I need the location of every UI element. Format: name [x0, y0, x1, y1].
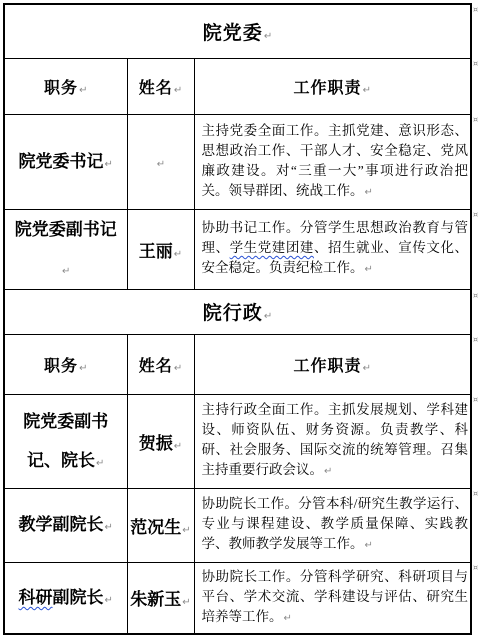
- pilcrow-mark: ↵: [324, 466, 332, 477]
- pilcrow-mark: ↵: [363, 85, 371, 96]
- name-text: 王丽: [139, 242, 173, 261]
- table-row: 院党委副书记、院长↵ 贺振↵ 主持行政全面工作。主抓发展规划、学科建设、师资队伍…: [4, 394, 471, 488]
- pilcrow-mark: ↵: [62, 266, 70, 277]
- pilcrow-mark: ↵: [174, 249, 182, 260]
- pilcrow-mark: ↵: [174, 441, 182, 452]
- duties-cell: 协助院长工作。分管本科/研究生教学运行、专业与课程建设、教学质量保障、实践教学、…: [194, 488, 471, 562]
- position-cell: 院党委副书记、院长↵: [4, 394, 127, 488]
- header-duties: 工作职责: [294, 358, 362, 375]
- row-end-mark: ¤: [473, 396, 478, 404]
- duties-text: 协助院长工作。分管本科/研究生教学运行、专业与课程建设、教学质量保障、实践教学、…: [202, 496, 469, 551]
- position-cell: 科研副院长↵: [4, 562, 127, 634]
- duties-text: 主持党委全面工作。主抓党建、意识形态、思想政治工作、干部人才、安全稳定、党风廉政…: [202, 123, 469, 198]
- row-end-mark: ¤: [473, 292, 478, 300]
- pilcrow-mark: ↵: [79, 363, 87, 374]
- row-end-mark: ¤: [473, 336, 478, 344]
- name-cell: 范况生↵: [127, 488, 194, 562]
- section1-title-cell: 院党委↵: [4, 4, 471, 58]
- row-end-mark: ¤: [473, 490, 478, 498]
- pilcrow-mark: ↵: [182, 597, 190, 608]
- spellcheck-underlined-text: 科研: [19, 588, 53, 607]
- section2-header-position-cell: 职务↵: [4, 334, 127, 394]
- org-table: 院党委↵ 职务↵ 姓名↵ 工作职责↵ 院党委书记↵ ↵ 主持党委全面工作。主抓党…: [3, 3, 472, 635]
- section1-title-row: 院党委↵: [4, 4, 471, 58]
- section2-header-duties-cell: 工作职责↵: [194, 334, 471, 394]
- pilcrow-mark: ↵: [105, 522, 113, 533]
- pilcrow-mark: ↵: [264, 31, 272, 42]
- section1-title: 院党委: [203, 23, 263, 44]
- name-text: 范况生: [130, 518, 181, 537]
- row-end-mark: ¤: [473, 6, 478, 14]
- section1-header-name-cell: 姓名↵: [127, 58, 194, 114]
- pilcrow-mark: ↵: [96, 458, 104, 469]
- header-duties: 工作职责: [294, 80, 362, 97]
- section2-title-row: 院行政↵: [4, 289, 471, 334]
- pilcrow-mark: ↵: [105, 595, 113, 606]
- header-position: 职务: [44, 358, 78, 375]
- row-end-mark: ¤: [473, 564, 478, 572]
- duties-cell: 协助院长工作。分管科学研究、科研项目与平台、学术交流、学科建设与评估、研究生培养…: [194, 562, 471, 634]
- section1-header-row: 职务↵ 姓名↵ 工作职责↵: [4, 58, 471, 114]
- name-text: 贺振: [139, 434, 173, 453]
- name-cell: ↵: [127, 114, 194, 209]
- pilcrow-mark: ↵: [105, 159, 113, 170]
- pilcrow-mark: ↵: [365, 540, 373, 551]
- pilcrow-mark: ↵: [365, 187, 373, 198]
- name-cell: 朱新玉↵: [127, 562, 194, 634]
- pilcrow-mark: ↵: [284, 613, 292, 624]
- section2-title-cell: 院行政↵: [4, 289, 471, 334]
- document-page: 院党委↵ 职务↵ 姓名↵ 工作职责↵ 院党委书记↵ ↵ 主持党委全面工作。主抓党…: [0, 0, 491, 636]
- row-end-mark: ¤: [473, 116, 478, 124]
- position-cell: 院党委书记↵: [4, 114, 127, 209]
- duties-text: 协助院长工作。分管科学研究、科研项目与平台、学术交流、学科建设与评估、研究生培养…: [202, 569, 469, 624]
- name-text: 朱新玉: [130, 590, 181, 609]
- table-row: 教学副院长↵ 范况生↵ 协助院长工作。分管本科/研究生教学运行、专业与课程建设、…: [4, 488, 471, 562]
- table-row: 院党委书记↵ ↵ 主持党委全面工作。主抓党建、意识形态、思想政治工作、干部人才、…: [4, 114, 471, 209]
- section1-header-position-cell: 职务↵: [4, 58, 127, 114]
- pilcrow-mark: ↵: [79, 85, 87, 96]
- duties-cell: 主持党委全面工作。主抓党建、意识形态、思想政治工作、干部人才、安全稳定、党风廉政…: [194, 114, 471, 209]
- pilcrow-mark: ↵: [157, 159, 165, 170]
- row-end-mark: ¤: [473, 211, 478, 219]
- section2-title: 院行政: [203, 303, 263, 324]
- section2-header-row: 职务↵ 姓名↵ 工作职责↵: [4, 334, 471, 394]
- position-text: 副院长: [53, 588, 104, 607]
- pilcrow-mark: ↵: [174, 363, 182, 374]
- duties-cell: 协助书记工作。分管学生思想政治教育与管理、学生党建团建、招生就业、宣传文化、安全…: [194, 209, 471, 289]
- pilcrow-mark: ↵: [264, 311, 272, 322]
- pilcrow-mark: ↵: [174, 85, 182, 96]
- spellcheck-underlined-text: 学生党建团建: [230, 240, 314, 255]
- header-position: 职务: [44, 80, 78, 97]
- header-name: 姓名: [139, 80, 173, 97]
- position-cell: 院党委副书记↵: [4, 209, 127, 289]
- section2-header-name-cell: 姓名↵: [127, 334, 194, 394]
- pilcrow-mark: ↵: [365, 264, 373, 275]
- position-text: 院党委副书记: [15, 220, 117, 239]
- position-cell: 教学副院长↵: [4, 488, 127, 562]
- position-text: 教学副院长: [19, 515, 104, 534]
- duties-cell: 主持行政全面工作。主抓发展规划、学科建设、师资队伍、财务资源。负责教学、科研、社…: [194, 394, 471, 488]
- name-cell: 贺振↵: [127, 394, 194, 488]
- row-end-mark: ¤: [473, 60, 478, 68]
- position-text: 院党委书记: [19, 152, 104, 171]
- duties-text: 主持行政全面工作。主抓发展规划、学科建设、师资队伍、财务资源。负责教学、科研、社…: [202, 402, 469, 477]
- table-row: 科研副院长↵ 朱新玉↵ 协助院长工作。分管科学研究、科研项目与平台、学术交流、学…: [4, 562, 471, 634]
- header-name: 姓名: [139, 358, 173, 375]
- pilcrow-mark: ↵: [363, 363, 371, 374]
- section1-header-duties-cell: 工作职责↵: [194, 58, 471, 114]
- name-cell: 王丽↵: [127, 209, 194, 289]
- table-row: 院党委副书记↵ 王丽↵ 协助书记工作。分管学生思想政治教育与管理、学生党建团建、…: [4, 209, 471, 289]
- pilcrow-mark: ↵: [182, 525, 190, 536]
